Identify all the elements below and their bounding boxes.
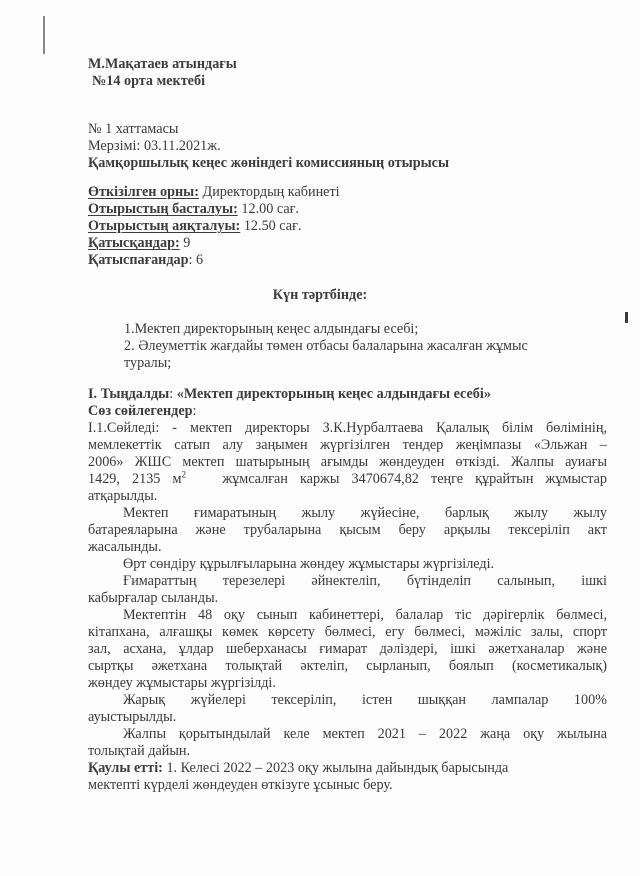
section-heard: I. Тыңдалды: «Мектеп директорының кеңес … [88,386,491,403]
protocol-number: № 1 хаттамасы [88,121,178,138]
body-line: кітапхана, алғашқы көмек көрсету бөлмесі… [88,624,607,641]
heard-label: I. Тыңдалды [88,386,169,402]
body-line: жөндеу жұмыстары жүргізілді. [88,675,276,692]
document-page: М.Мақатаев атындағы №14 орта мектебі № 1… [0,0,640,876]
body-line: Өрт сөндіру құрылғыларына жөндеу жұмыста… [123,556,494,573]
agenda-item-1: 1.Мектеп директорының кеңес алдындағы ес… [124,321,418,338]
attended-label: Қатысқандар: [88,235,180,251]
area-rest: жұмсалған каржы 3470674,82 теңге құрайты… [222,471,607,487]
school-name-line2: №14 орта мектебі [92,73,205,90]
body-line: жасалынды. [88,539,162,556]
body-line: батареяларына және трубаларына қысым бер… [88,522,607,539]
scan-mark [625,312,628,323]
body-line: сыртқы әжетхана толықтай әктеліп, сырлан… [88,658,607,675]
body-line: толықтай дайын. [88,743,190,760]
meeting-absent: Қатыспағандар: 6 [88,252,203,269]
decision-line2: мектепті күрделі жөндеуден өткізуге ұсын… [88,777,393,794]
meeting-attended: Қатысқандар: 9 [88,235,190,252]
attended-value: 9 [180,235,191,251]
pen-mark [43,16,45,54]
agenda-item-2-line2: туралы; [124,355,171,372]
place-label: Өткізілген орны: [88,184,199,200]
body-line: зал, асхана, ұлдар шеберханасы ғимарат д… [88,641,607,658]
body-line: Жарық жүйелері тексеріліп, істен шыққан … [88,692,607,709]
protocol-title: Қамқоршылық кеңес жөніндегі комиссияның … [88,155,449,172]
start-value: 12.00 сағ. [238,201,299,217]
agenda-heading: Күн тәртбінде: [0,287,640,304]
body-line: атқарылды. [88,488,157,505]
body-line: мемлекеттік сатып алу заңымен жүргізілге… [88,437,607,454]
body-line: ауыстырылды. [88,709,176,726]
decision-line1: 1. Келесі 2022 – 2023 оқу жылына дайынды… [163,760,508,776]
meeting-end: Отырыстың аяқталуы: 12.50 сағ. [88,218,301,235]
body-line-area: 1429, 2135 м2 жұмсалған каржы 3470674,82… [88,471,607,488]
decision: Қаулы етті: 1. Келесі 2022 – 2023 оқу жы… [88,760,508,777]
absent-value: : 6 [189,252,204,268]
body-line: 2006» ЖШС мектеп шатырының ағымды жөндеу… [88,454,607,471]
body-line: Мектеп ғимаратының жылу жүйесіне, барлық… [88,505,607,522]
meeting-start: Отырыстың басталуы: 12.00 сағ. [88,201,299,218]
absent-label: Қатыспағандар [88,252,189,268]
end-value: 12.50 сағ. [240,218,301,234]
place-value: Директордың кабинеті [199,184,340,200]
heard-sep: : [169,386,177,402]
decision-label: Қаулы етті: [88,760,163,776]
agenda-item-2-line1: 2. Әлеуметтік жағдайы төмен отбасы балал… [124,338,528,355]
area-value: 1429, 2135 м [88,471,182,487]
heard-title: «Мектеп директорының кеңес алдындағы есе… [177,386,491,402]
body-line: I.1.Сөйледі: - мектеп директоры З.К.Нурб… [88,420,607,437]
superscript: 2 [182,469,187,479]
protocol-date: Мерзімі: 03.11.2021ж. [88,138,221,155]
body-line: Ғимараттың терезелері әйнектеліп, бүтінд… [88,573,607,590]
meeting-place: Өткізілген орны: Директордың кабинеті [88,184,340,201]
school-name-line1: М.Мақатаев атындағы [88,56,237,73]
start-label: Отырыстың басталуы: [88,201,238,217]
end-label: Отырыстың аяқталуы: [88,218,240,234]
speakers-sep: : [193,403,197,419]
body-line: Мектептін 48 оқу сынып кабинеттері, бала… [88,607,607,624]
body-line: Жалпы қорытындылай келе мектеп 2021 – 20… [88,726,607,743]
body-line: кабырғалар сыланды. [88,590,218,607]
speakers-label: Сөз сөйлегендер [88,403,193,419]
speakers: Сөз сөйлегендер: [88,403,196,420]
